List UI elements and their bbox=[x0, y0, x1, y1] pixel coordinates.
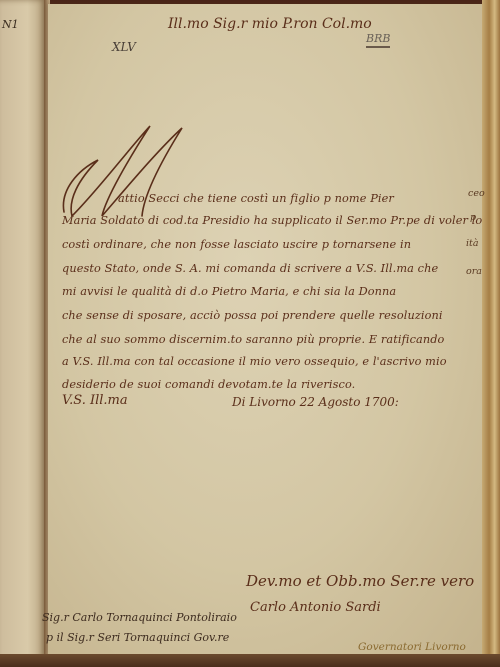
margin-note: ità bbox=[466, 238, 479, 249]
decorative-initial-m-icon bbox=[58, 120, 198, 220]
margin-note: p bbox=[470, 212, 476, 223]
body-line-7: che al suo sommo discernim.to saranno pi… bbox=[62, 333, 444, 346]
left-facing-page: N1 bbox=[0, 0, 46, 667]
manuscript-page bbox=[48, 4, 484, 654]
body-line-8: a V.S. Ill.ma con tal occasione il mio v… bbox=[62, 355, 447, 368]
background-bottom bbox=[0, 654, 500, 667]
address-line-1: Sig.r Carlo Tornaquinci Pontoliraio bbox=[42, 611, 237, 624]
date-line: Di Livorno 22 Agosto 1700: bbox=[232, 395, 399, 409]
folio-number: XLV bbox=[112, 40, 136, 54]
body-line-4: questo Stato, onde S. A. mi comanda di s… bbox=[62, 262, 438, 275]
salutation: Ill.mo Sig.r mio P.ron Col.mo bbox=[168, 16, 372, 32]
archive-stamp: Governatori Livorno bbox=[358, 641, 466, 653]
margin-note: ora bbox=[466, 266, 482, 277]
body-line-3: costì ordinare, che non fosse lasciato u… bbox=[62, 238, 411, 251]
left-page-fragment: N1 bbox=[2, 18, 19, 31]
body-line-5: mi avvisi le qualità di d.o Pietro Maria… bbox=[62, 285, 396, 298]
closing-address: V.S. Ill.ma bbox=[62, 393, 128, 408]
signature-name: Carlo Antonio Sardi bbox=[250, 600, 381, 615]
body-line-2: Maria Soldato di cod.ta Presidio ha supp… bbox=[62, 214, 482, 227]
shelfmark: BRB bbox=[366, 32, 390, 48]
address-line-2: p il Sig.r Seri Tornaquinci Gov.re bbox=[46, 631, 229, 644]
signature-valediction: Dev.mo et Obb.mo Ser.re vero bbox=[246, 572, 474, 590]
body-line-9: desiderio de suoi comandi devotam.te la … bbox=[62, 378, 355, 391]
body-line-6: che sense di sposare, acciò possa poi pr… bbox=[62, 309, 443, 322]
page-stack-edge bbox=[482, 0, 500, 667]
margin-note: ceo bbox=[468, 188, 485, 199]
body-line-1: attio Secci che tiene costì un figlio p … bbox=[118, 192, 394, 205]
